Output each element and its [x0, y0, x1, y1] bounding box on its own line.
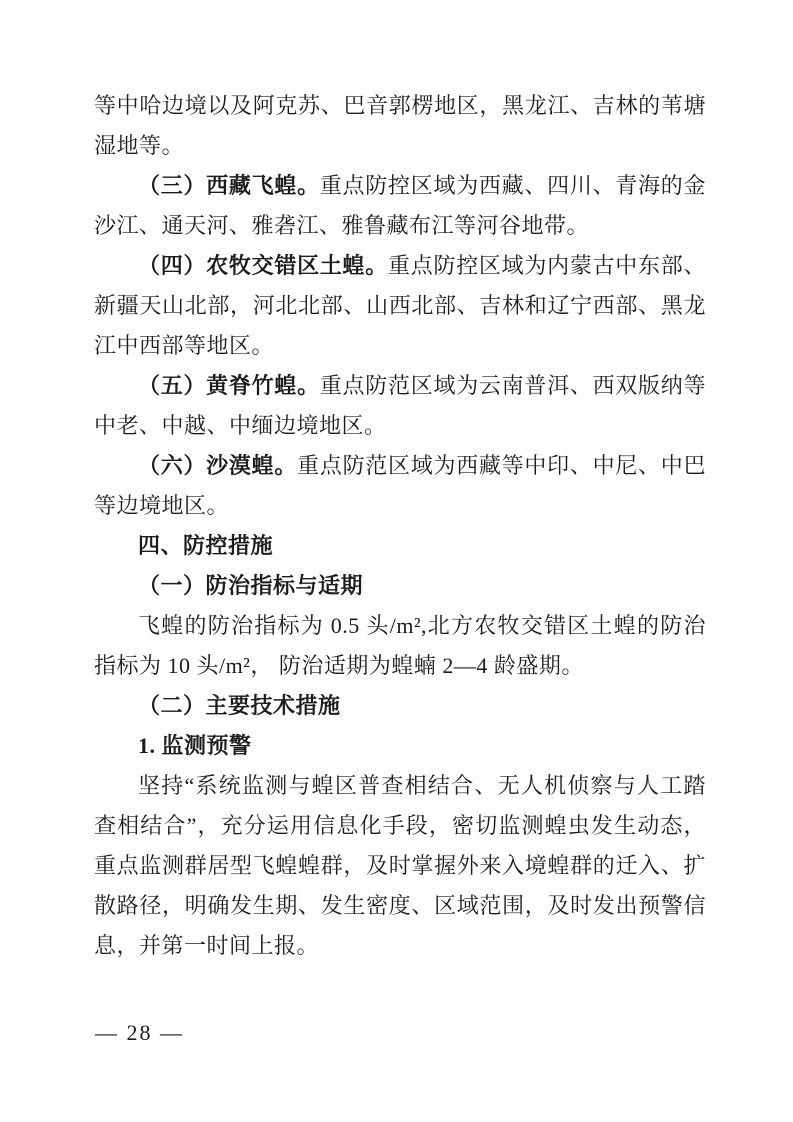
- para-yellow-spine-bamboo-locust: （五）黄脊竹蝗。重点防范区域为云南普洱、西双版纳等中老、中越、中缅边境地区。: [94, 366, 706, 446]
- para-control-index: 飞蝗的防治指标为 0.5 头/m²,北方农牧交错区土蝗的防治指标为 10 头/m…: [94, 606, 706, 686]
- para-desert-locust: （六）沙漠蝗。重点防范区域为西藏等中印、中尼、中巴等边境地区。: [94, 446, 706, 526]
- text-block: 等中哈边境以及阿克苏、巴音郭楞地区，黑龙江、吉林的苇塘湿地等。 （三）西藏飞蝗。…: [94, 86, 706, 966]
- para-lead: （四）农牧交错区土蝗。: [138, 253, 388, 278]
- heading-monitoring-warning: 1. 监测预警: [94, 726, 706, 766]
- para-lead: （五）黄脊竹蝗。: [138, 373, 320, 398]
- para-agro-pastoral-locust: （四）农牧交错区土蝗。重点防控区域为内蒙古中东部、新疆天山北部，河北北部、山西北…: [94, 246, 706, 366]
- heading-control-measures: 四、防控措施: [94, 526, 706, 566]
- para-monitoring-warning: 坚持“系统监测与蝗区普查相结合、无人机侦察与人工踏查相结合”，充分运用信息化手段…: [94, 766, 706, 966]
- heading-control-index-and-period: （一）防治指标与适期: [94, 566, 706, 606]
- document-page: 等中哈边境以及阿克苏、巴音郭楞地区，黑龙江、吉林的苇塘湿地等。 （三）西藏飞蝗。…: [0, 0, 793, 1122]
- para-lead: （三）西藏飞蝗。: [138, 173, 320, 198]
- para-tibet-locust: （三）西藏飞蝗。重点防控区域为西藏、四川、青海的金沙江、通天河、雅砻江、雅鲁藏布…: [94, 166, 706, 246]
- para-continuation: 等中哈边境以及阿克苏、巴音郭楞地区，黑龙江、吉林的苇塘湿地等。: [94, 86, 706, 166]
- para-lead: （六）沙漠蝗。: [138, 453, 297, 478]
- heading-main-technical-measures: （二）主要技术措施: [94, 686, 706, 726]
- page-number: — 28 —: [95, 1018, 184, 1048]
